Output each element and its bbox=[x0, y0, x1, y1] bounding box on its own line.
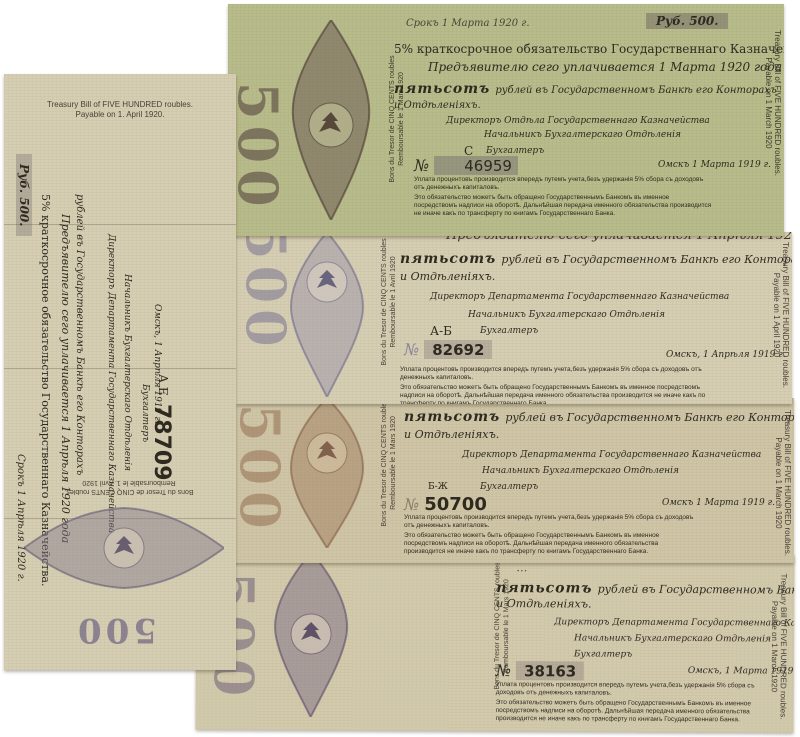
number-prefix: № bbox=[496, 661, 511, 680]
fine-print-transfer: Это обязательство можетъ быть обращено Г… bbox=[400, 384, 710, 404]
signature-director: Директоръ Департамента Государственнаго … bbox=[462, 450, 761, 460]
bank-text: рублей въ Государственномъ Банкѣ его Кон… bbox=[501, 253, 792, 266]
banknote-78709: Treasury Bill of FIVE HUNDRED roubles. P… bbox=[4, 74, 236, 670]
place-date: Омскъ 1 Марта 1919 г. bbox=[658, 160, 771, 170]
branches-text: и Отдѣленіяхъ. bbox=[400, 270, 495, 283]
fine-print-transfer: Это обязательство можетъ быть обращено Г… bbox=[496, 699, 766, 724]
serial-number: 82692 bbox=[432, 341, 484, 359]
branches-text: и Отдѣленіяхъ. bbox=[404, 428, 499, 441]
amount-word: пятьсотъ bbox=[496, 580, 592, 597]
branches-text: и Отдѣленіяхъ. bbox=[394, 100, 481, 111]
denomination-numeral: 500 bbox=[74, 610, 157, 650]
signature-director: Директоръ Отдѣла Государственнаго Казнач… bbox=[446, 116, 710, 126]
ornament-eagle-icon bbox=[266, 552, 357, 717]
signature-chief: Начальникъ Бухгалтерскаго Отдѣленія bbox=[482, 466, 679, 476]
fine-print-transfer: Это обязательство можетъ быть обращено Г… bbox=[404, 532, 694, 556]
banknote-50700: 500 Bons du Tresor de CINQ CENTS roubles… bbox=[232, 398, 794, 563]
amount-line: пятьсотъ рублей въ Государственномъ Банк… bbox=[394, 78, 777, 97]
english-text: Treasury Bill of FIVE HUNDRED roubles. P… bbox=[772, 240, 790, 390]
signature-chief: Начальникъ Бухгалтерскаго Отдѣленія bbox=[484, 130, 681, 140]
serial-line: № 50700 bbox=[404, 494, 487, 515]
fine-print-transfer: Это обязательство можетъ быть обращено Г… bbox=[414, 194, 714, 218]
branches-text: и Отдѣленіяхъ. bbox=[496, 597, 591, 610]
place-date: Омскъ, 1 Апрѣля 1919 г. bbox=[666, 350, 786, 360]
french-text: Bons du Tresor de CINQ CENTS roubles Rem… bbox=[380, 232, 398, 372]
signature-accountant: Бухгалтеръ bbox=[574, 649, 632, 659]
number-prefix: № bbox=[404, 340, 419, 359]
serial-number: 50700 bbox=[424, 494, 487, 515]
serial-line: № 38163 bbox=[496, 661, 585, 680]
payable-line: Предъявителю сего уплачивается 1 Марта 1… bbox=[428, 60, 782, 74]
payable-line: … bbox=[516, 561, 527, 574]
banknote-38163: 500 Bons du Tresor de CINQ CENTS roubles… bbox=[196, 551, 795, 732]
english-text: Treasury Bill of FIVE HUNDRED roubles. P… bbox=[764, 28, 782, 178]
amount-word: пятьсотъ bbox=[394, 81, 490, 97]
amount-line: пятьсотъ рублей въ Государственномъ Банк… bbox=[404, 406, 794, 425]
signature-chief: Начальникъ Бухгалтерскаго Отдѣленія bbox=[574, 633, 771, 644]
english-text: Treasury Bill of FIVE HUNDRED roubles. P… bbox=[40, 100, 200, 120]
ornament-eagle-icon bbox=[282, 398, 372, 548]
amount-word: пятьсотъ bbox=[400, 251, 496, 267]
french-text: Bons du Tresor de CINQ CENTS roubles. Re… bbox=[54, 478, 204, 496]
banknote-46959: 500 Bons du Tresor de CINQ CENTS roubles… bbox=[228, 4, 784, 236]
amount-word: пятьсотъ bbox=[404, 409, 500, 425]
amount-line: пятьсотъ рублей въ Государственномъ Банк… bbox=[496, 577, 794, 598]
banknote-82692: 500 Bons du Tresor de CINQ CENTS roubles… bbox=[236, 232, 792, 404]
serial-line: № 46959 bbox=[414, 156, 518, 175]
denomination-badge: Руб. 500. bbox=[16, 154, 32, 236]
series-label: А Е bbox=[156, 374, 170, 396]
signature-chief: Начальникъ Бухгалтерскаго Отдѣленія bbox=[468, 310, 665, 320]
bank-text: рублей въ Государственномъ Банкѣ его Кон… bbox=[505, 411, 794, 424]
serial-number: 38163 bbox=[524, 662, 576, 680]
bank-text: рублей въ Государственномъ Банкѣ его Кон… bbox=[495, 85, 776, 96]
fine-print-interest: Уплата процентовъ производится впередъ п… bbox=[400, 366, 710, 382]
bank-text: рублей въ Государственномъ Банкѣ его Кон… bbox=[598, 583, 795, 598]
french-text: Bons du Tresor de CINQ CENTS roubles Rem… bbox=[380, 398, 398, 528]
signature-director: Директоръ Департамента Государственнаго … bbox=[430, 292, 729, 302]
serial-number: 78709 bbox=[149, 404, 174, 481]
number-prefix: № bbox=[414, 156, 429, 175]
fine-print-interest: Уплата процентовъ производится впередъ п… bbox=[414, 176, 714, 192]
rotated-text-block-lower: 78709 А Е Bons du Tresor de CINQ CENTS r… bbox=[34, 374, 194, 514]
denomination-numeral: 500 bbox=[228, 82, 290, 213]
obligation-heading: 5% краткосрочное обязательство Государст… bbox=[394, 42, 784, 56]
serial-line: № 82692 bbox=[404, 340, 492, 359]
ornament-eagle-icon bbox=[24, 506, 224, 590]
fine-print-interest: Уплата процентовъ производится впередъ п… bbox=[496, 681, 766, 698]
ornament-eagle-icon bbox=[282, 232, 372, 397]
signature-director: Директоръ Департамента Государственнаго … bbox=[554, 617, 794, 629]
english-text: Treasury Bill of FIVE HUNDRED roubles. P… bbox=[774, 408, 792, 558]
series-label: А-Б bbox=[430, 324, 452, 338]
term-date: Срокъ 1 Марта 1920 г. bbox=[406, 18, 530, 29]
signature-accountant: Бухгалтеръ bbox=[486, 146, 544, 156]
denomination-badge: Руб. 500. bbox=[646, 13, 728, 29]
number-prefix: № bbox=[404, 495, 419, 514]
signature-accountant: Бухгалтеръ bbox=[480, 482, 538, 492]
fine-print-interest: Уплата процентовъ производится впередъ п… bbox=[404, 514, 694, 530]
serial-number: 46959 bbox=[464, 157, 512, 175]
amount-line: пятьсотъ рублей въ Государственномъ Банк… bbox=[400, 248, 792, 267]
signature-accountant: Бухгалтеръ bbox=[480, 326, 538, 336]
place-date: Омскъ 1 Марта 1919 г. bbox=[662, 498, 775, 508]
french-text: Bons du Tresor de CINQ CENTS roubles Rem… bbox=[388, 54, 406, 184]
ornament-eagle-icon bbox=[286, 20, 376, 220]
english-text: Treasury Bill of FIVE HUNDRED roubles. P… bbox=[770, 566, 789, 726]
series-label: Б-Ж bbox=[428, 482, 448, 492]
